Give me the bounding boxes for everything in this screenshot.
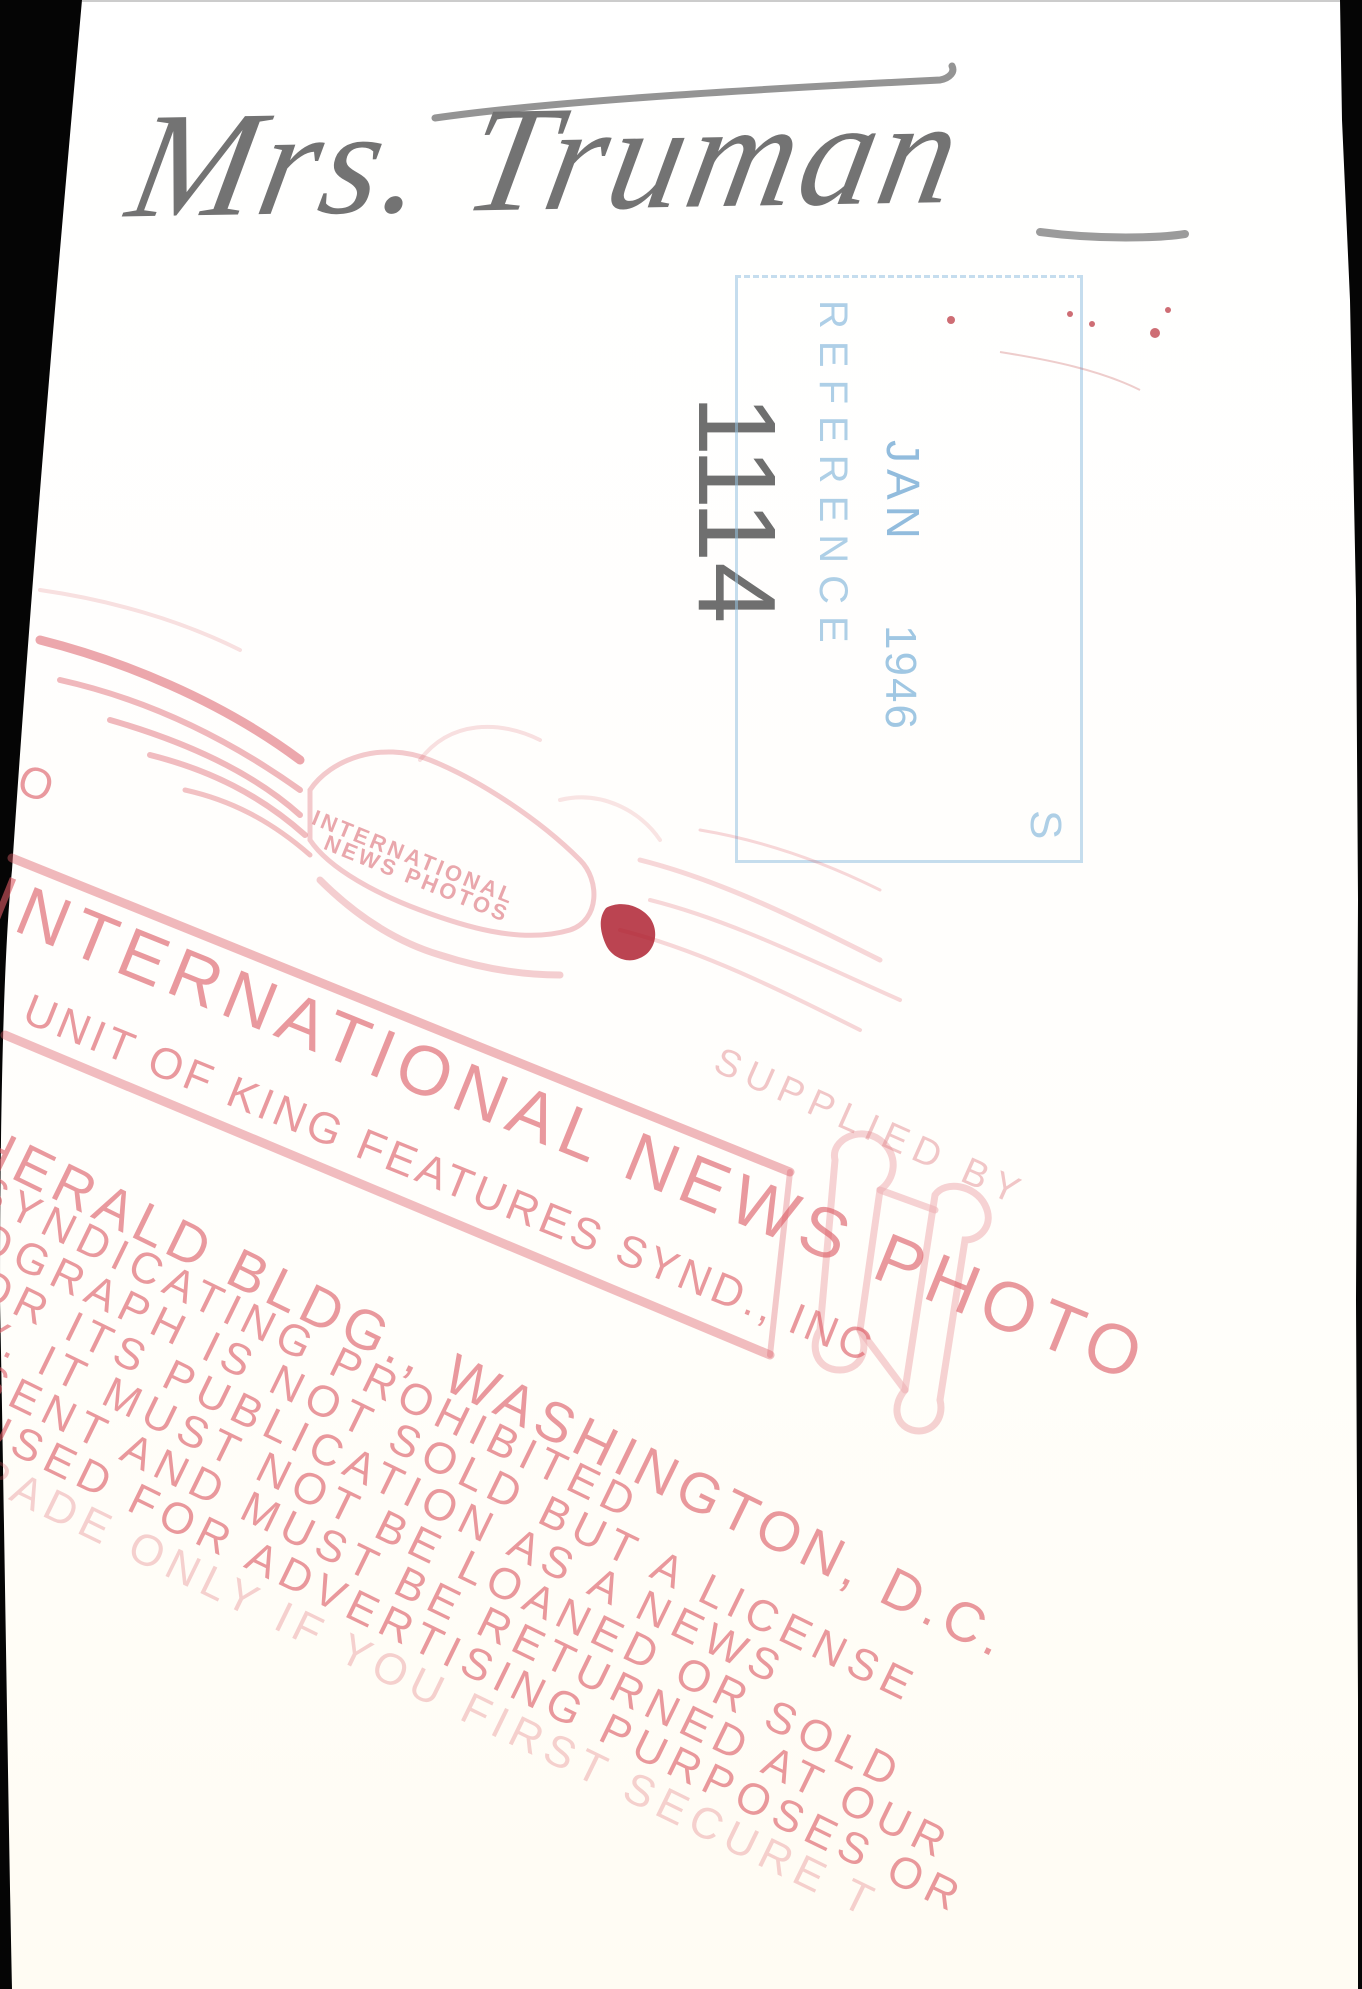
eagle-wing-icon (40, 590, 310, 855)
scroll-logo-icon (815, 1134, 988, 1431)
photo-back-scan: Mrs. Truman 1114 REFERENCE JAN 1946 S (0, 0, 1362, 1989)
ink-blot (601, 904, 655, 960)
eagle-right-wing-icon (620, 830, 900, 1030)
agency-banner-frame (5, 858, 790, 1355)
red-ink-specks (947, 307, 1171, 338)
agency-stamp-graphics (0, 0, 1362, 1989)
